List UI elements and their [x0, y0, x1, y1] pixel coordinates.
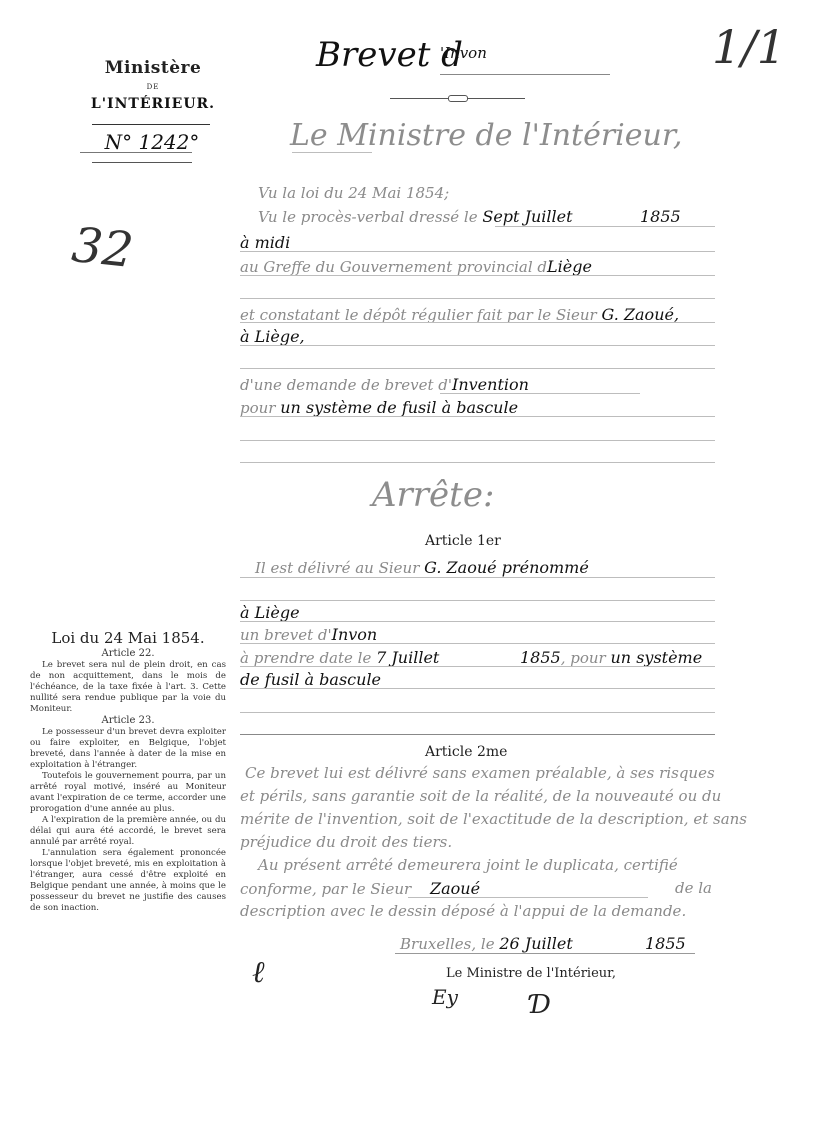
greffe-place: Liège — [547, 257, 592, 276]
article-2-line-2: et périls, sans garantie soit de la réal… — [240, 787, 721, 805]
article-2-label: Article 2me — [425, 744, 507, 760]
law-article-23-p4: L'annulation sera également prononcée lo… — [30, 848, 226, 914]
closing-date: 26 Juillet — [499, 934, 572, 953]
ruled-line — [240, 368, 715, 369]
ornament-icon — [448, 95, 468, 102]
preamble-line-1: Vu la loi du 24 Mai 1854; — [258, 184, 449, 202]
ruled-line — [240, 666, 715, 667]
article-2-line-6: conforme, par le Sieur Zaoué — [240, 879, 480, 898]
article-2-line-6b: de la — [675, 879, 712, 897]
preamble-printed: d'une demande de brevet d' — [240, 376, 452, 394]
invention-subject-cont: de fusil à bascule — [240, 670, 381, 689]
preamble-line-2: Vu le procès-verbal dressé le Sept Juill… — [258, 207, 573, 226]
heading-flourish — [292, 152, 372, 153]
closing-place: Bruxelles, le 26 Juillet — [400, 934, 573, 953]
minister-heading: Le Ministre de l'Intérieur, — [290, 118, 682, 153]
ruled-line — [240, 712, 715, 713]
law-article-23-label: Article 23. — [30, 715, 226, 727]
closing-year: 1855 — [645, 934, 686, 953]
law-article-23-p1: Le possesseur d'un brevet devra exploite… — [30, 727, 226, 771]
ruled-line — [240, 440, 715, 441]
ministry-de: DE — [88, 83, 218, 91]
preamble-printed: au Greffe du Gouvernement provincial d — [240, 258, 547, 276]
title-underline — [440, 74, 610, 75]
brevet-kind: Invention — [452, 375, 529, 394]
ruled-line — [240, 298, 715, 299]
ruled-line — [240, 734, 715, 735]
priority-date: 7 Juillet — [376, 648, 439, 667]
ruled-line — [240, 688, 715, 689]
ruled-line — [408, 897, 648, 898]
ruled-line — [240, 275, 715, 276]
law-excerpt-sidebar: Loi du 24 Mai 1854. Article 22. Le breve… — [30, 628, 226, 914]
preamble-line-7: d'une demande de brevet d'Invention — [240, 375, 529, 394]
law-article-22-text: Le brevet sera nul de plein droit, en ca… — [30, 660, 226, 715]
invention-subject: un système de fusil à bascule — [280, 398, 518, 417]
ruled-line — [240, 416, 715, 417]
register-flourish — [92, 162, 192, 163]
article-printed: un brevet d' — [240, 626, 332, 644]
header-divider — [92, 124, 210, 125]
ruled-line — [240, 345, 715, 346]
ruled-line — [240, 251, 715, 252]
article-1-label: Article 1er — [425, 533, 501, 549]
brevet-type-handwritten: 'Invon — [440, 44, 487, 62]
article-printed: Il est délivré au Sieur — [255, 559, 419, 577]
ministry-name: Ministère — [88, 58, 218, 78]
pv-year: 1855 — [640, 207, 681, 226]
grantee-residence: à Liège — [240, 603, 300, 622]
paraph-left: ℓ — [252, 955, 265, 990]
arrete-heading: Arrête: — [372, 475, 494, 515]
grantee-name: G. Zaoué prénommé — [424, 558, 589, 577]
closing-printed: Bruxelles, le — [400, 935, 495, 953]
law-article-22-label: Article 22. — [30, 648, 226, 660]
pv-date: Sept Juillet — [482, 207, 572, 226]
ruled-line — [440, 393, 640, 394]
folio-mark: 1/1 — [712, 20, 786, 74]
ruled-line — [240, 577, 715, 578]
signatory-title: Le Ministre de l'Intérieur, — [446, 966, 616, 981]
article-1-line-3: un brevet d'Invon — [240, 625, 377, 644]
ruled-line — [240, 462, 715, 463]
register-number: N° 1242° — [82, 130, 222, 154]
law-article-23-p2: Toutefois le gouvernement pourra, par un… — [30, 771, 226, 815]
minister-signature: Ɗ — [530, 990, 551, 1020]
article-printed: , pour — [561, 649, 606, 667]
register-underline — [80, 152, 192, 153]
priority-year: 1855 — [520, 648, 561, 667]
ruled-line — [240, 322, 715, 323]
article-2-line-7: description avec le dessin déposé à l'ap… — [240, 902, 686, 920]
article-1-line-4: à prendre date le 7 Juillet — [240, 648, 439, 667]
duplicata-certifier: Zaoué — [430, 879, 480, 898]
law-article-23-p3: A l'expiration de la première année, ou … — [30, 815, 226, 848]
preamble-line-8: pour un système de fusil à bascule — [240, 398, 518, 417]
ruled-line — [495, 226, 715, 227]
ruled-line — [240, 600, 715, 601]
ruled-line — [240, 643, 715, 644]
article-2-line-3: mérite de l'invention, soit de l'exactit… — [240, 810, 747, 828]
article-1-line-4b: 1855, pour un système — [520, 648, 702, 667]
pv-time: à midi — [240, 233, 290, 252]
article-2-line-4: préjudice du droit des tiers. — [240, 833, 452, 851]
margin-number: 32 — [69, 217, 136, 279]
brevet-kind: Invon — [332, 625, 378, 644]
preamble-printed: pour — [240, 399, 275, 417]
article-2-line-5: Au présent arrêté demeurera joint le dup… — [258, 856, 678, 874]
preamble-line-4: au Greffe du Gouvernement provincial dLi… — [240, 257, 592, 276]
article-1-line-1: Il est délivré au Sieur G. Zaoué prénomm… — [255, 558, 589, 577]
ruled-line — [240, 621, 715, 622]
article-printed: conforme, par le Sieur — [240, 880, 411, 898]
article-printed: à prendre date le — [240, 649, 371, 667]
applicant-residence: à Liège, — [240, 327, 305, 346]
law-title: Loi du 24 Mai 1854. — [30, 628, 226, 648]
article-2-line-1: Ce brevet lui est délivré sans examen pr… — [245, 764, 715, 782]
ministry-interieur: L'INTÉRIEUR. — [70, 96, 236, 112]
invention-subject: un système — [611, 648, 703, 667]
paraph-middle: Ey — [432, 985, 458, 1009]
preamble-printed: Vu le procès-verbal dressé le — [258, 208, 478, 226]
ruled-line — [395, 953, 695, 954]
